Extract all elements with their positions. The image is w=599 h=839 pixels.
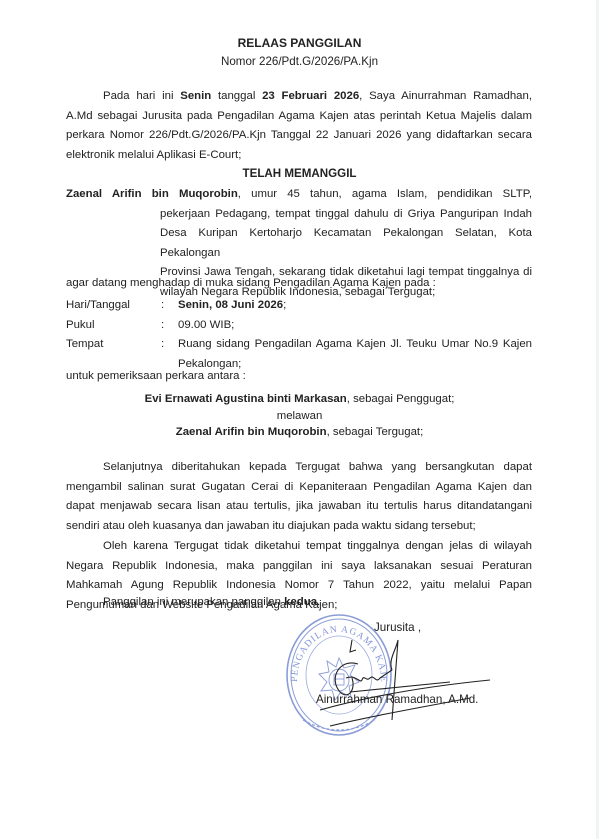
schedule-place-row: Tempat : Ruang sidang Pengadilan Agama K… bbox=[66, 335, 532, 374]
opening-paragraph: Pada hari ini Senin tanggal 23 Februari … bbox=[66, 87, 532, 165]
schedule-date-row: Hari/Tanggal : Senin, 08 Juni 2026; bbox=[66, 296, 532, 316]
opening-line: elektronik melalui Aplikasi E-Court; bbox=[66, 146, 532, 166]
defendant-line: Zaenal Arifin bin Muqorobin, sebagai Ter… bbox=[0, 424, 599, 441]
document-number: Nomor 226/Pdt.G/2026/PA.Kjn bbox=[0, 55, 599, 68]
defendant-first-line: Zaenal Arifin bin Muqorobin, umur 45 tah… bbox=[66, 185, 532, 205]
versus-label: melawan bbox=[0, 408, 599, 425]
plaintiff-name: Evi Ernawati Agustina binti Markasan bbox=[145, 393, 347, 405]
hearing-schedule: Hari/Tanggal : Senin, 08 Juni 2026; Puku… bbox=[66, 296, 532, 374]
section-heading: TELAH MEMANGGIL bbox=[0, 167, 599, 180]
hearing-date: Senin, 08 Juni 2026 bbox=[178, 299, 283, 311]
document-page: RELAAS PANGGILAN Nomor 226/Pdt.G/2026/PA… bbox=[0, 0, 599, 839]
case-intro: untuk pemeriksaan perkara antara : bbox=[66, 370, 246, 382]
opening-line: A.Md sebagai Jurusita pada Pengadilan Ag… bbox=[66, 107, 532, 127]
hearing-time: 09.00 WIB; bbox=[178, 316, 532, 336]
defendant-name: Zaenal Arifin bin Muqorobin bbox=[66, 188, 238, 200]
defendant-name-2: Zaenal Arifin bin Muqorobin bbox=[176, 426, 327, 438]
opening-line: perkara Nomor 226/Pdt.G/2026/PA.Kjn Tang… bbox=[66, 126, 532, 146]
summon-intro: agar datang menghadap di muka sidang Pen… bbox=[66, 277, 436, 289]
plaintiff-line: Evi Ernawati Agustina binti Markasan, se… bbox=[0, 391, 599, 408]
case-parties: Evi Ernawati Agustina binti Markasan, se… bbox=[0, 391, 599, 441]
bailiff-name: Ainurrahman Ramadhan, A.Md. bbox=[316, 693, 478, 706]
document-title: RELAAS PANGGILAN bbox=[0, 36, 599, 50]
schedule-time-row: Pukul : 09.00 WIB; bbox=[66, 316, 532, 336]
hearing-place: Ruang sidang Pengadilan Agama Kajen Jl. … bbox=[178, 335, 532, 374]
opening-line: Pada hari ini Senin tanggal 23 Februari … bbox=[66, 87, 532, 107]
closing-sentence: Panggilan ini merupakan panggilan kedua. bbox=[103, 596, 320, 608]
handwritten-signature-icon bbox=[300, 630, 530, 740]
notice-paragraph: Selanjutnya diberitahukan kepada Terguga… bbox=[66, 458, 532, 536]
